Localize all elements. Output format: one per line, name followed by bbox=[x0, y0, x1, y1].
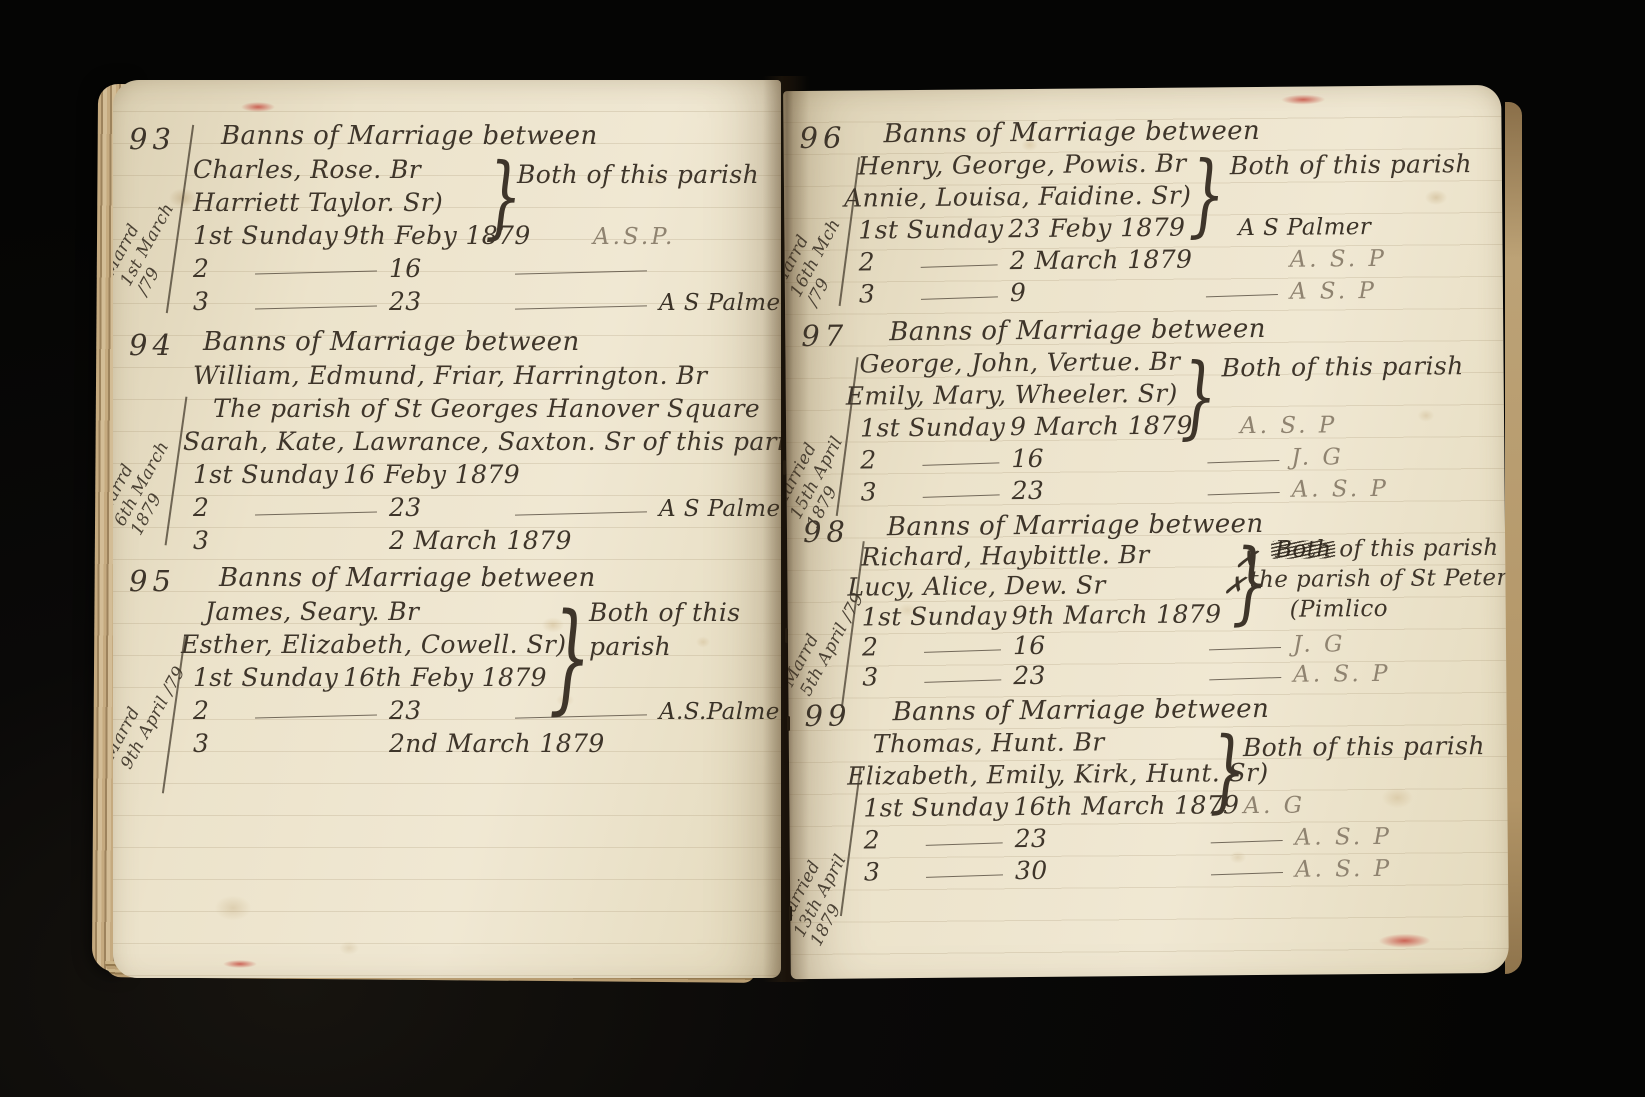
banns-entry-93: 93 Marrd 1st March /79 Banns of Marriage… bbox=[113, 120, 775, 322]
week-label: 3 bbox=[861, 476, 917, 508]
bride-residence-note: the parish of St Peters bbox=[1249, 565, 1509, 593]
curate-initials: A. S. P bbox=[1291, 472, 1498, 506]
ditto-dash bbox=[1205, 821, 1295, 855]
banns-week-row: 1st Sunday 23 Feby 1879 A S Palmer bbox=[858, 209, 1496, 247]
book-gutter bbox=[763, 76, 809, 982]
red-stain bbox=[1379, 934, 1431, 948]
curate-initials: A. S. P bbox=[1293, 658, 1500, 690]
week-label: 1st Sunday bbox=[193, 661, 343, 694]
week-date: 16 bbox=[1013, 630, 1203, 662]
week-date: 23 bbox=[389, 285, 509, 318]
residence-note: Both of this parish bbox=[1221, 351, 1463, 382]
residence-note: Both of this parish bbox=[1230, 149, 1472, 180]
week-label: 1st Sunday bbox=[860, 411, 1010, 444]
banns-week-row: 1st Sunday 16th Feby 1879 bbox=[193, 661, 775, 694]
groom-residence: The parish of St Georges Hanover Square bbox=[193, 392, 775, 425]
brace-mark: } bbox=[549, 588, 591, 727]
banns-week-row: 2 23 A. S. P bbox=[864, 819, 1502, 857]
binding-stitch bbox=[783, 460, 786, 475]
residence-note: Both of this parish bbox=[517, 160, 759, 189]
banns-week-row: 1st Sunday 16 Feby 1879 bbox=[193, 458, 775, 491]
ditto-dash bbox=[920, 823, 1015, 857]
right-page: 96 Marrd 16th Mch /79 Banns of Marriage … bbox=[783, 85, 1509, 979]
banns-title: Banns of Marriage between bbox=[193, 120, 775, 153]
ditto-dash bbox=[1201, 473, 1291, 507]
residence-note: Both of this parish bbox=[1243, 731, 1485, 762]
ditto-dash bbox=[249, 524, 389, 557]
ditto-dash bbox=[509, 491, 659, 526]
week-date: 16 bbox=[1011, 442, 1201, 476]
left-page: 93 Marrd 1st March /79 Banns of Marriage… bbox=[113, 80, 781, 978]
ditto-dash bbox=[917, 475, 1012, 509]
curate-initials: A. S. P bbox=[1295, 820, 1502, 854]
ditto-dash bbox=[918, 631, 1013, 663]
brace-mark: } bbox=[1179, 343, 1217, 449]
week-label: 3 bbox=[193, 285, 249, 318]
bride-name: Esther, Elizabeth, Cowell. Sr) bbox=[181, 628, 775, 661]
residence-note: Both of this parish bbox=[1275, 535, 1499, 563]
bride-name: Harriett Taylor. Sr) bbox=[193, 186, 775, 219]
week-date: 23 bbox=[1011, 474, 1201, 508]
ditto-dash bbox=[509, 727, 659, 760]
ditto-dash bbox=[918, 661, 1013, 693]
banns-week-row: 3 23 A S Palmer bbox=[193, 285, 775, 318]
banns-week-row: 1st Sunday 9th Feby 1879 A.S.P. bbox=[193, 219, 775, 252]
red-stain bbox=[223, 960, 257, 968]
banns-week-row: 2 16 bbox=[193, 252, 775, 285]
banns-entry-94: 94 Marrd 6th March 1879 Banns of Marriag… bbox=[113, 326, 775, 558]
ditto-dash bbox=[249, 727, 389, 760]
brace-mark: } bbox=[1188, 141, 1226, 247]
banns-entry-98: 98 Marrd 5th April /79 Banns of Marriage… bbox=[787, 507, 1501, 695]
week-label: 2 bbox=[860, 444, 916, 476]
banns-title: Banns of Marriage between bbox=[193, 562, 775, 595]
week-label: 3 bbox=[864, 856, 920, 888]
week-label: 1st Sunday bbox=[193, 458, 343, 491]
banns-week-row: 2 2 March 1879 A. S. P bbox=[858, 241, 1496, 279]
banns-title: Banns of Marriage between bbox=[193, 326, 775, 359]
ditto-dash bbox=[916, 443, 1011, 477]
week-label: 1st Sunday bbox=[863, 791, 1013, 824]
groom-name: William, Edmund, Friar, Harrington. Br bbox=[193, 359, 775, 392]
week-date: 23 bbox=[389, 491, 509, 524]
week-date: 16 bbox=[389, 252, 509, 285]
pen-cross-mark: ✗ bbox=[1222, 570, 1248, 603]
week-date: 23 bbox=[1015, 822, 1205, 856]
banns-week-row: 3 30 A. S. P bbox=[864, 851, 1502, 889]
curate-initials: A.S.P. bbox=[593, 221, 775, 254]
week-label: 1st Sunday bbox=[858, 213, 1008, 246]
curate-initials: A. S. P bbox=[1289, 242, 1496, 276]
ditto-dash bbox=[249, 252, 389, 285]
ditto-dash bbox=[920, 855, 1015, 889]
banns-week-row: 3 2nd March 1879 bbox=[193, 727, 775, 760]
residence-note: parish bbox=[589, 632, 671, 661]
banns-week-row: 2 23 A.S.Palmer bbox=[193, 694, 775, 727]
week-date: 23 bbox=[389, 694, 509, 727]
week-date: 9th Feby 1879 bbox=[343, 219, 593, 252]
banns-register-book: 93 Marrd 1st March /79 Banns of Marriage… bbox=[95, 68, 1522, 990]
week-label: 2 bbox=[864, 824, 920, 856]
photo-background: 93 Marrd 1st March /79 Banns of Marriage… bbox=[0, 0, 1645, 1097]
curate-initials: J. G bbox=[1293, 628, 1500, 660]
banns-week-row: 3 2 March 1879 bbox=[193, 524, 775, 557]
residence-note: Both of this bbox=[589, 598, 741, 627]
red-stain bbox=[1281, 94, 1325, 104]
banns-entry-96: 96 Marrd 16th Mch /79 Banns of Marriage … bbox=[783, 113, 1497, 313]
banns-week-row: 3 23 A. S. P bbox=[862, 657, 1500, 693]
ditto-dash bbox=[1205, 853, 1295, 887]
banns-week-row: 2 23 A S Palmer bbox=[193, 491, 775, 524]
binding-stitch bbox=[789, 906, 792, 921]
week-label: 1st Sunday bbox=[862, 601, 1012, 632]
week-label: 1st Sunday bbox=[193, 219, 343, 252]
week-label: 2 bbox=[862, 632, 918, 662]
bride-name: Sarah, Kate, Lawrance, Saxton. Sr of thi… bbox=[183, 425, 775, 458]
ditto-dash bbox=[249, 694, 389, 729]
week-date: 23 bbox=[1013, 660, 1203, 692]
banns-entry-97: 97 Married 15th April 1879 Banns of Marr… bbox=[785, 311, 1499, 511]
curate-initials: J. G bbox=[1291, 440, 1498, 474]
residence-text: of this parish bbox=[1339, 535, 1498, 562]
week-label: 3 bbox=[859, 278, 915, 310]
curate-initials: A. S. P bbox=[1295, 852, 1502, 886]
ditto-dash bbox=[509, 285, 659, 320]
curate-initials: A. S. P bbox=[1240, 408, 1498, 442]
week-date: 2nd March 1879 bbox=[389, 727, 509, 760]
week-date: 2 March 1879 bbox=[1009, 244, 1199, 278]
binding-stitch bbox=[785, 628, 788, 643]
ditto-dash bbox=[509, 252, 659, 285]
struck-out-word: Both bbox=[1275, 536, 1332, 562]
banns-week-row: 1st Sunday 16th March 1879 A. G bbox=[863, 787, 1501, 825]
week-date: 9 bbox=[1010, 276, 1200, 310]
week-date: 2 March 1879 bbox=[389, 524, 509, 557]
week-label: 3 bbox=[193, 524, 249, 557]
week-date: 9th March 1879 bbox=[1012, 599, 1242, 631]
binding-stitch bbox=[787, 716, 790, 731]
brace-mark: } bbox=[1209, 717, 1247, 823]
curate-initials: A. G bbox=[1243, 788, 1501, 822]
ditto-dash bbox=[1203, 659, 1293, 691]
week-label: 2 bbox=[193, 491, 249, 524]
week-label: 3 bbox=[193, 727, 249, 760]
red-stain bbox=[241, 102, 275, 112]
week-date: 30 bbox=[1015, 853, 1205, 887]
week-label: 2 bbox=[193, 694, 249, 727]
ditto-dash bbox=[1200, 275, 1290, 309]
ditto-dash bbox=[249, 491, 389, 526]
banns-week-row: 3 9 A S. P bbox=[859, 273, 1497, 311]
bride-residence-note: (Pimlico bbox=[1290, 596, 1388, 623]
banns-entry-99: 99 Married 13th April 1879 Banns of Marr… bbox=[788, 691, 1502, 891]
week-label: 2 bbox=[858, 246, 914, 278]
banns-entry-95: 95 Marrd 9th April /79 Banns of Marriage… bbox=[113, 562, 775, 762]
ditto-dash bbox=[509, 524, 659, 557]
curate-initials: A S. P bbox=[1290, 274, 1497, 308]
ditto-dash bbox=[1199, 243, 1289, 277]
ditto-dash bbox=[249, 285, 389, 320]
week-label: 3 bbox=[862, 662, 918, 692]
banns-week-row: 2 16 J. G bbox=[862, 627, 1500, 663]
week-date: 16 Feby 1879 bbox=[343, 458, 593, 491]
ditto-dash bbox=[915, 277, 1010, 311]
ditto-dash bbox=[914, 245, 1009, 279]
week-label: 2 bbox=[193, 252, 249, 285]
curate-signature: A S Palmer bbox=[1238, 210, 1496, 244]
banns-week-row: 3 23 A. S. P bbox=[861, 471, 1499, 509]
